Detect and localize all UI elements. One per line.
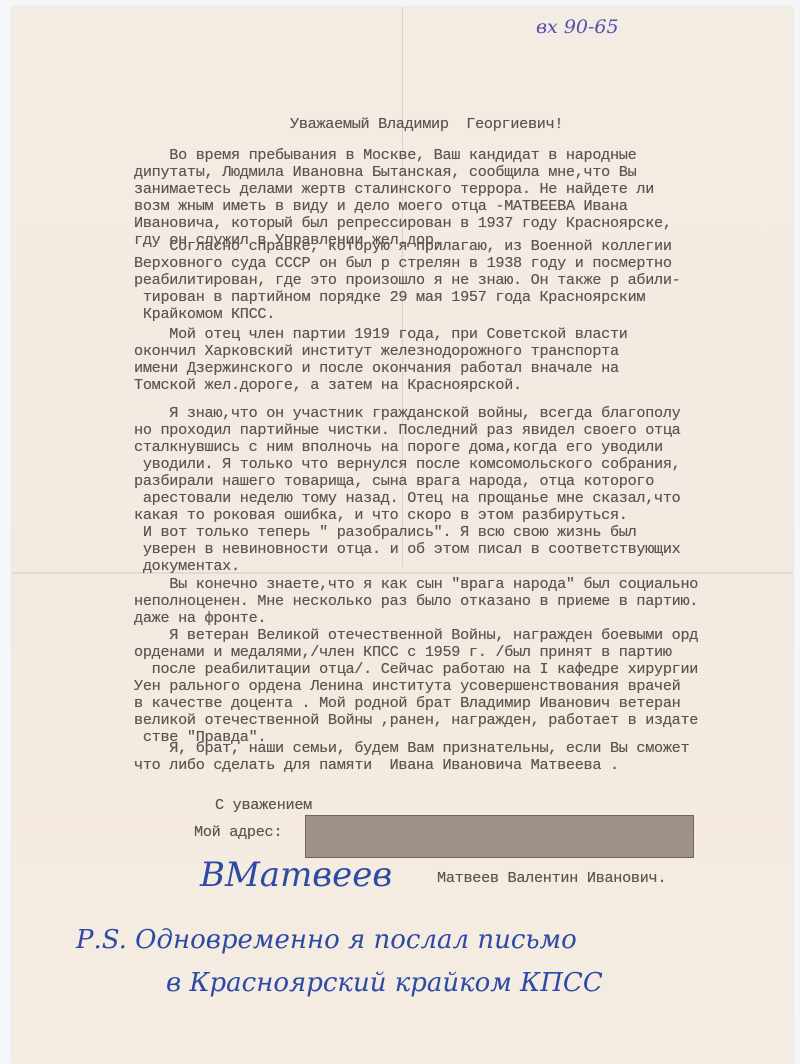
letter-line: разбирали нашего товарища, сына врага на…: [134, 473, 654, 490]
letter-line: документах.: [134, 558, 240, 575]
salutation: Уважаемый Владимир Георгиевич!: [290, 116, 563, 133]
letter-line: Я, брат, наши семьи, будем Вам признател…: [134, 740, 689, 757]
closing: С уважением: [215, 797, 312, 814]
letter-line: имени Дзержинского и после окончания раб…: [134, 360, 619, 377]
letter-line: тирован в партийном порядке 29 мая 1957 …: [134, 289, 645, 306]
letter-line: сталкнувшись с ним вполночь на пороге до…: [134, 439, 663, 456]
letter-line: что либо сделать для памяти Ивана Иванов…: [134, 757, 619, 774]
letter-line: орденами и медалями,/член КПСС с 1959 г.…: [134, 644, 672, 661]
paper-fold-horizontal: [12, 572, 793, 574]
letter-line: окончил Харковский институт железнодорож…: [134, 343, 619, 360]
letter-line: И вот только теперь " разобрались". Я вс…: [134, 524, 636, 541]
address-redaction: [305, 815, 694, 858]
letter-line: великой отечественной Войны ,ранен, нагр…: [134, 712, 698, 729]
letter-line: Томской жел.дороге, а затем на Красноярс…: [134, 377, 522, 394]
reference-note: вх 90-65: [536, 16, 619, 38]
letter-line: уводили. Я только что вернулся после ком…: [134, 456, 680, 473]
postscript-line-1: Р.S. Одновременно я послал письмо: [76, 925, 577, 955]
postscript-line-2: в Красноярский крайком КПСС: [166, 968, 603, 998]
letter-line: возм жным иметь в виду и дело моего отца…: [134, 198, 628, 215]
letter-line: арестовали неделю тому назад. Отец на пр…: [134, 490, 680, 507]
letter-line: занимаетесь делами жертв сталинского тер…: [134, 181, 654, 198]
letter-line: дипутаты, Людмила Ивановна Бытанская, со…: [134, 164, 636, 181]
letter-line: даже на фронте.: [134, 610, 266, 627]
letter-line: но проходил партийные чистки. Последний …: [134, 422, 680, 439]
letter-line: Во время пребывания в Москве, Ваш кандид…: [134, 147, 636, 164]
typed-name: Матвеев Валентин Иванович.: [437, 870, 666, 887]
letter-line: Я ветеран Великой отечественной Войны, н…: [134, 627, 698, 644]
letter-line: Верховного суда СССР он был р стрелян в …: [134, 255, 672, 272]
letter-line: Ивановича, который был репрессирован в 1…: [134, 215, 672, 232]
letter-line: Уен рального ордена Ленина института усо…: [134, 678, 680, 695]
letter-line: в качестве доцента . Мой родной брат Вла…: [134, 695, 680, 712]
address-label: Мой адрес:: [194, 824, 282, 841]
letter-line: Согласно справке, которую я прилагаю, из…: [134, 238, 672, 255]
letter-line: Мой отец член партии 1919 года, при Сове…: [134, 326, 628, 343]
letter-line: после реабилитации отца/. Сейчас работаю…: [134, 661, 698, 678]
handwritten-signature: ВМатвеев: [200, 855, 392, 895]
letter-line: Вы конечно знаете,что я как сын "врага н…: [134, 576, 698, 593]
letter-line: какая то роковая ошибка, и что скоро в э…: [134, 507, 628, 524]
letter-line: Крайкомом КПСС.: [134, 306, 275, 323]
letter-line: уверен в невиновности отца. и об этом пи…: [134, 541, 680, 558]
letter-line: реабилитирован, где это произошло я не з…: [134, 272, 680, 289]
letter-line: Я знаю,что он участник гражданской войны…: [134, 405, 680, 422]
letter-line: неполноценен. Мне несколько раз было отк…: [134, 593, 698, 610]
